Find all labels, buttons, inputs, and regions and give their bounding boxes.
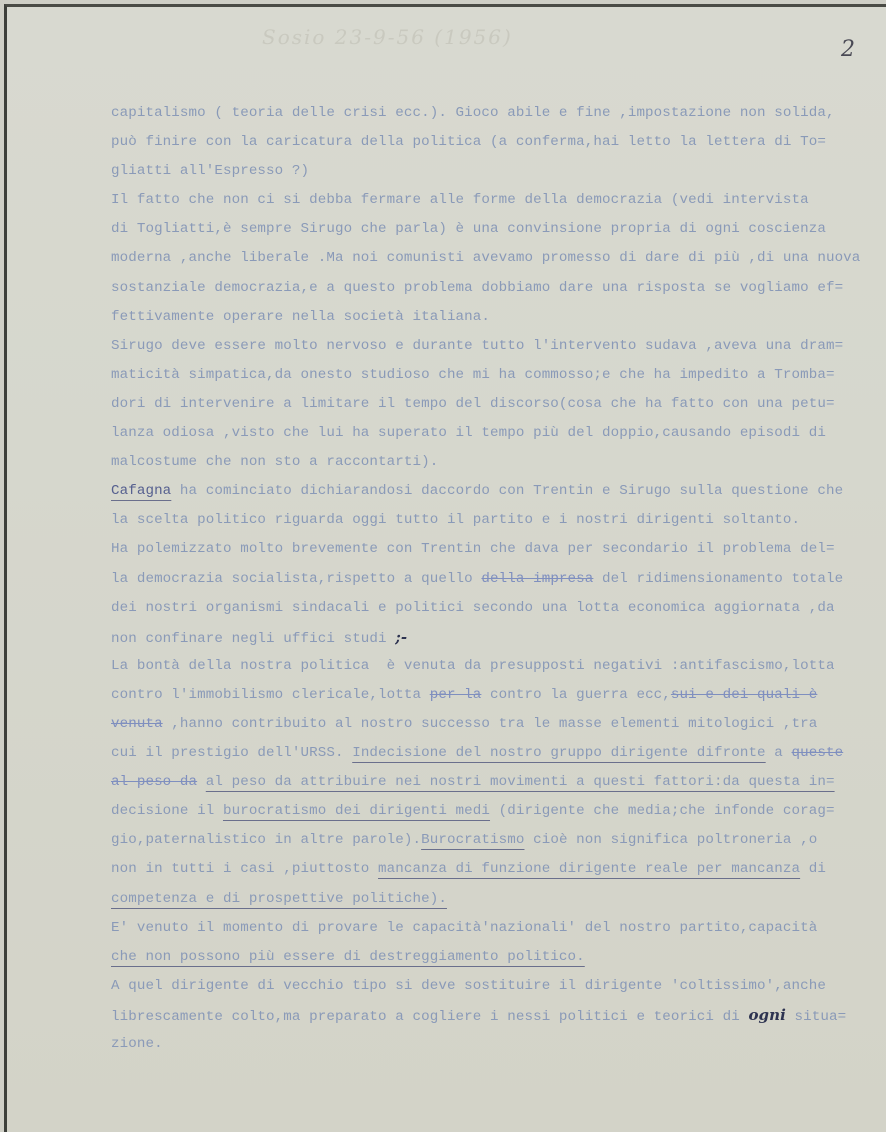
text-line: moderna ,anche liberale .Ma noi comunist… xyxy=(111,244,881,273)
text-line: di Togliatti,è sempre Sirugo che parla) … xyxy=(111,215,881,244)
text-line: sostanziale democrazia,e a questo proble… xyxy=(111,274,881,303)
text-line: fettivamente operare nella società itali… xyxy=(111,303,881,332)
struck-text: al peso da xyxy=(111,774,197,790)
text-line: venuta ,hanno contribuito al nostro succ… xyxy=(111,710,881,739)
text-segment: non in tutti i casi ,piuttosto xyxy=(111,861,378,877)
handwritten-word: ogni xyxy=(748,1006,786,1024)
text-line: E' venuto il momento di provare le capac… xyxy=(111,914,881,943)
text-line: zione. xyxy=(111,1030,881,1059)
text-line: dori di intervenire a limitare il tempo … xyxy=(111,390,881,419)
underlined-text: al peso da attribuire nei nostri movimen… xyxy=(206,774,835,790)
text-segment: contro l'immobilismo clericale,lotta xyxy=(111,687,430,703)
text-segment: librescamente colto,ma preparato a cogli… xyxy=(111,1009,748,1025)
text-line: A quel dirigente di vecchio tipo si deve… xyxy=(111,972,881,1001)
text-line: Il fatto che non ci si debba fermare all… xyxy=(111,186,881,215)
underlined-text: che non possono più essere di destreggia… xyxy=(111,949,585,965)
text-line: gio,paternalistico in altre parole).Buro… xyxy=(111,826,881,855)
underlined-text: Indecisione del nostro gruppo dirigente … xyxy=(352,745,765,761)
text-line: Ha polemizzato molto brevemente con Tren… xyxy=(111,535,881,564)
text-line: che non possono più essere di destreggia… xyxy=(111,943,881,972)
text-segment: cui il prestigio dell'URSS. xyxy=(111,745,352,761)
page-number: 2 xyxy=(841,37,855,62)
document-page: Sosio 23-9-56 (1956) 2 capitalismo ( teo… xyxy=(4,4,886,1129)
text-segment: decisione il xyxy=(111,803,223,819)
text-line: la scelta politico riguarda oggi tutto i… xyxy=(111,506,881,535)
text-line: può finire con la caricatura della polit… xyxy=(111,128,881,157)
struck-text: queste xyxy=(792,745,844,761)
struck-text: venuta xyxy=(111,716,163,732)
text-line: capitalismo ( teoria delle crisi ecc.). … xyxy=(111,99,881,128)
text-segment: non confinare negli uffici studi xyxy=(111,631,395,647)
text-line: cui il prestigio dell'URSS. Indecisione … xyxy=(111,739,881,768)
text-line: malcostume che non sto a raccontarti). xyxy=(111,448,881,477)
struck-text: per la xyxy=(430,687,482,703)
text-line: lanza odiosa ,visto che lui ha superato … xyxy=(111,419,881,448)
text-line: non in tutti i casi ,piuttosto mancanza … xyxy=(111,855,881,884)
text-segment: del ridimensionamento totale xyxy=(593,571,843,587)
text-segment: ha cominciato dichiarandosi daccordo con… xyxy=(171,483,843,499)
typewritten-body: capitalismo ( teoria delle crisi ecc.). … xyxy=(111,99,881,1059)
struck-text: della impresa xyxy=(481,571,593,587)
text-segment: di xyxy=(800,861,826,877)
text-line: decisione il burocratismo dei dirigenti … xyxy=(111,797,881,826)
text-line: dei nostri organismi sindacali e politic… xyxy=(111,594,881,623)
struck-text: sui e dei quali è xyxy=(671,687,817,703)
text-segment: ,hanno contribuito al nostro successo tr… xyxy=(163,716,818,732)
text-line: non confinare negli uffici studi ;- xyxy=(111,623,881,652)
text-segment: contro la guerra ecc, xyxy=(481,687,671,703)
handwritten-mark: ;- xyxy=(395,628,407,646)
text-line: competenza e di prospettive politiche). xyxy=(111,885,881,914)
text-segment: (dirigente che media;che infonde corag= xyxy=(490,803,835,819)
text-line: la democrazia socialista,rispetto a quel… xyxy=(111,565,881,594)
text-line: gliatti all'Espresso ?) xyxy=(111,157,881,186)
text-line: al peso da al peso da attribuire nei nos… xyxy=(111,768,881,797)
text-line: La bontà della nostra politica è venuta … xyxy=(111,652,881,681)
text-segment: situa= xyxy=(786,1009,846,1025)
underlined-name: Cafagna xyxy=(111,483,171,499)
text-segment: a xyxy=(766,745,792,761)
text-segment: la democrazia socialista,rispetto a quel… xyxy=(111,571,481,587)
text-segment: cioè non significa poltroneria ,o xyxy=(524,832,817,848)
underlined-text: mancanza di funzione dirigente reale per… xyxy=(378,861,800,877)
underlined-text: competenza e di prospettive politiche). xyxy=(111,891,447,907)
text-line: contro l'immobilismo clericale,lotta per… xyxy=(111,681,881,710)
text-segment: gio,paternalistico in altre parole). xyxy=(111,832,421,848)
text-segment xyxy=(197,774,206,790)
underlined-text: Burocratismo xyxy=(421,832,524,848)
text-line: maticità simpatica,da onesto studioso ch… xyxy=(111,361,881,390)
text-line: librescamente colto,ma preparato a cogli… xyxy=(111,1001,881,1030)
text-line: Cafagna ha cominciato dichiarandosi dacc… xyxy=(111,477,881,506)
text-line: Sirugo deve essere molto nervoso e duran… xyxy=(111,332,881,361)
faint-header-bleed: Sosio 23-9-56 (1956) xyxy=(262,25,513,49)
underlined-text: burocratismo dei dirigenti medi xyxy=(223,803,490,819)
